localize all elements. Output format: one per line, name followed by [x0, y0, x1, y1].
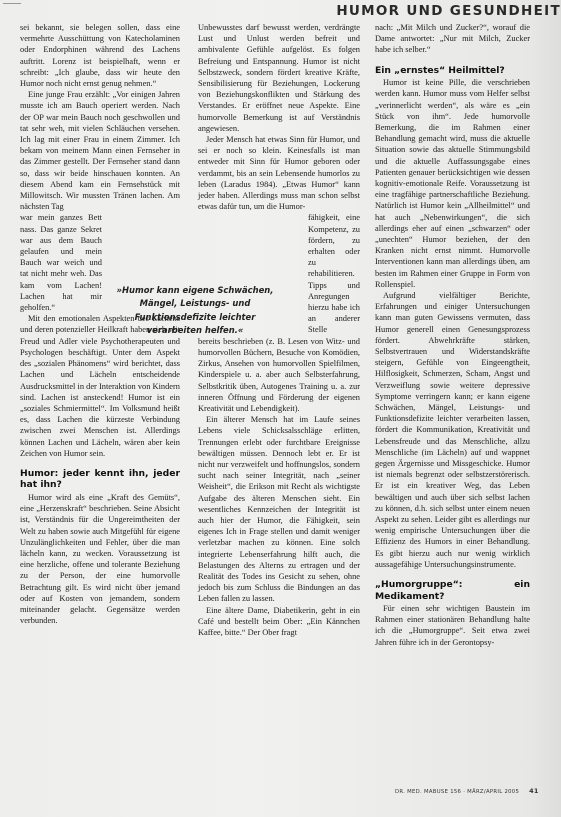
paragraph: sei bekannt, sie belegen sollen, dass ei… — [20, 22, 180, 89]
paragraph-narrow: fähigkeit, eine Kompetenz, zu fördern, z… — [308, 212, 360, 335]
paragraph: nach: „Mit Milch und Zucker?“, worauf di… — [375, 22, 530, 56]
paragraph: Jeder Mensch hat etwas Sinn für Humor, u… — [198, 134, 360, 212]
paragraph: Humor wird als eine „Kraft des Gemüts“, … — [20, 492, 180, 626]
subheading: Humor: jeder kennt ihn, jeder hat ihn? — [20, 468, 180, 491]
journal-issue: DR. MED. MABUSE 156 · MÄRZ/APRIL 2005 — [395, 789, 519, 795]
page-edge-shadow — [531, 0, 561, 817]
subheading: Ein „ernstes“ Heilmittel? — [375, 65, 530, 77]
paragraph: Für einen sehr wichtigen Baustein im Rah… — [375, 603, 530, 648]
magazine-page: HUMOR UND GESUNDHEIT sei bekannt, sie be… — [0, 0, 561, 817]
paragraph: Humor ist keine Pille, die verschrieben … — [375, 77, 530, 290]
page-footer: DR. MED. MABUSE 156 · MÄRZ/APRIL 2005 41 — [395, 787, 539, 795]
paragraph: bereits beschrieben (z. B. Lesen von Wit… — [198, 336, 360, 414]
paragraph: Aufgrund vielfältiger Berichte, Erfahrun… — [375, 290, 530, 570]
paragraph: Unbewusstes darf bewusst werden, verdrän… — [198, 22, 360, 134]
pull-quote: »Humor kann eigene Schwächen, Mängel, Le… — [110, 284, 280, 338]
paragraph-narrow: war mein ganzes Bett nass. Das ganze Sek… — [20, 212, 102, 313]
crop-mark — [3, 3, 21, 4]
subheading: „Humorgruppe“: ein Medikament? — [375, 579, 530, 602]
paragraph: Eine ältere Dame, Diabetikerin, geht in … — [198, 605, 360, 639]
paragraph: Eine junge Frau erzählt: „Vor einigen Ja… — [20, 89, 180, 212]
section-title: HUMOR UND GESUNDHEIT — [336, 3, 561, 19]
text-column-3: nach: „Mit Milch und Zucker?“, worauf di… — [375, 22, 530, 648]
paragraph: Ein älterer Mensch hat im Laufe seines L… — [198, 414, 360, 604]
